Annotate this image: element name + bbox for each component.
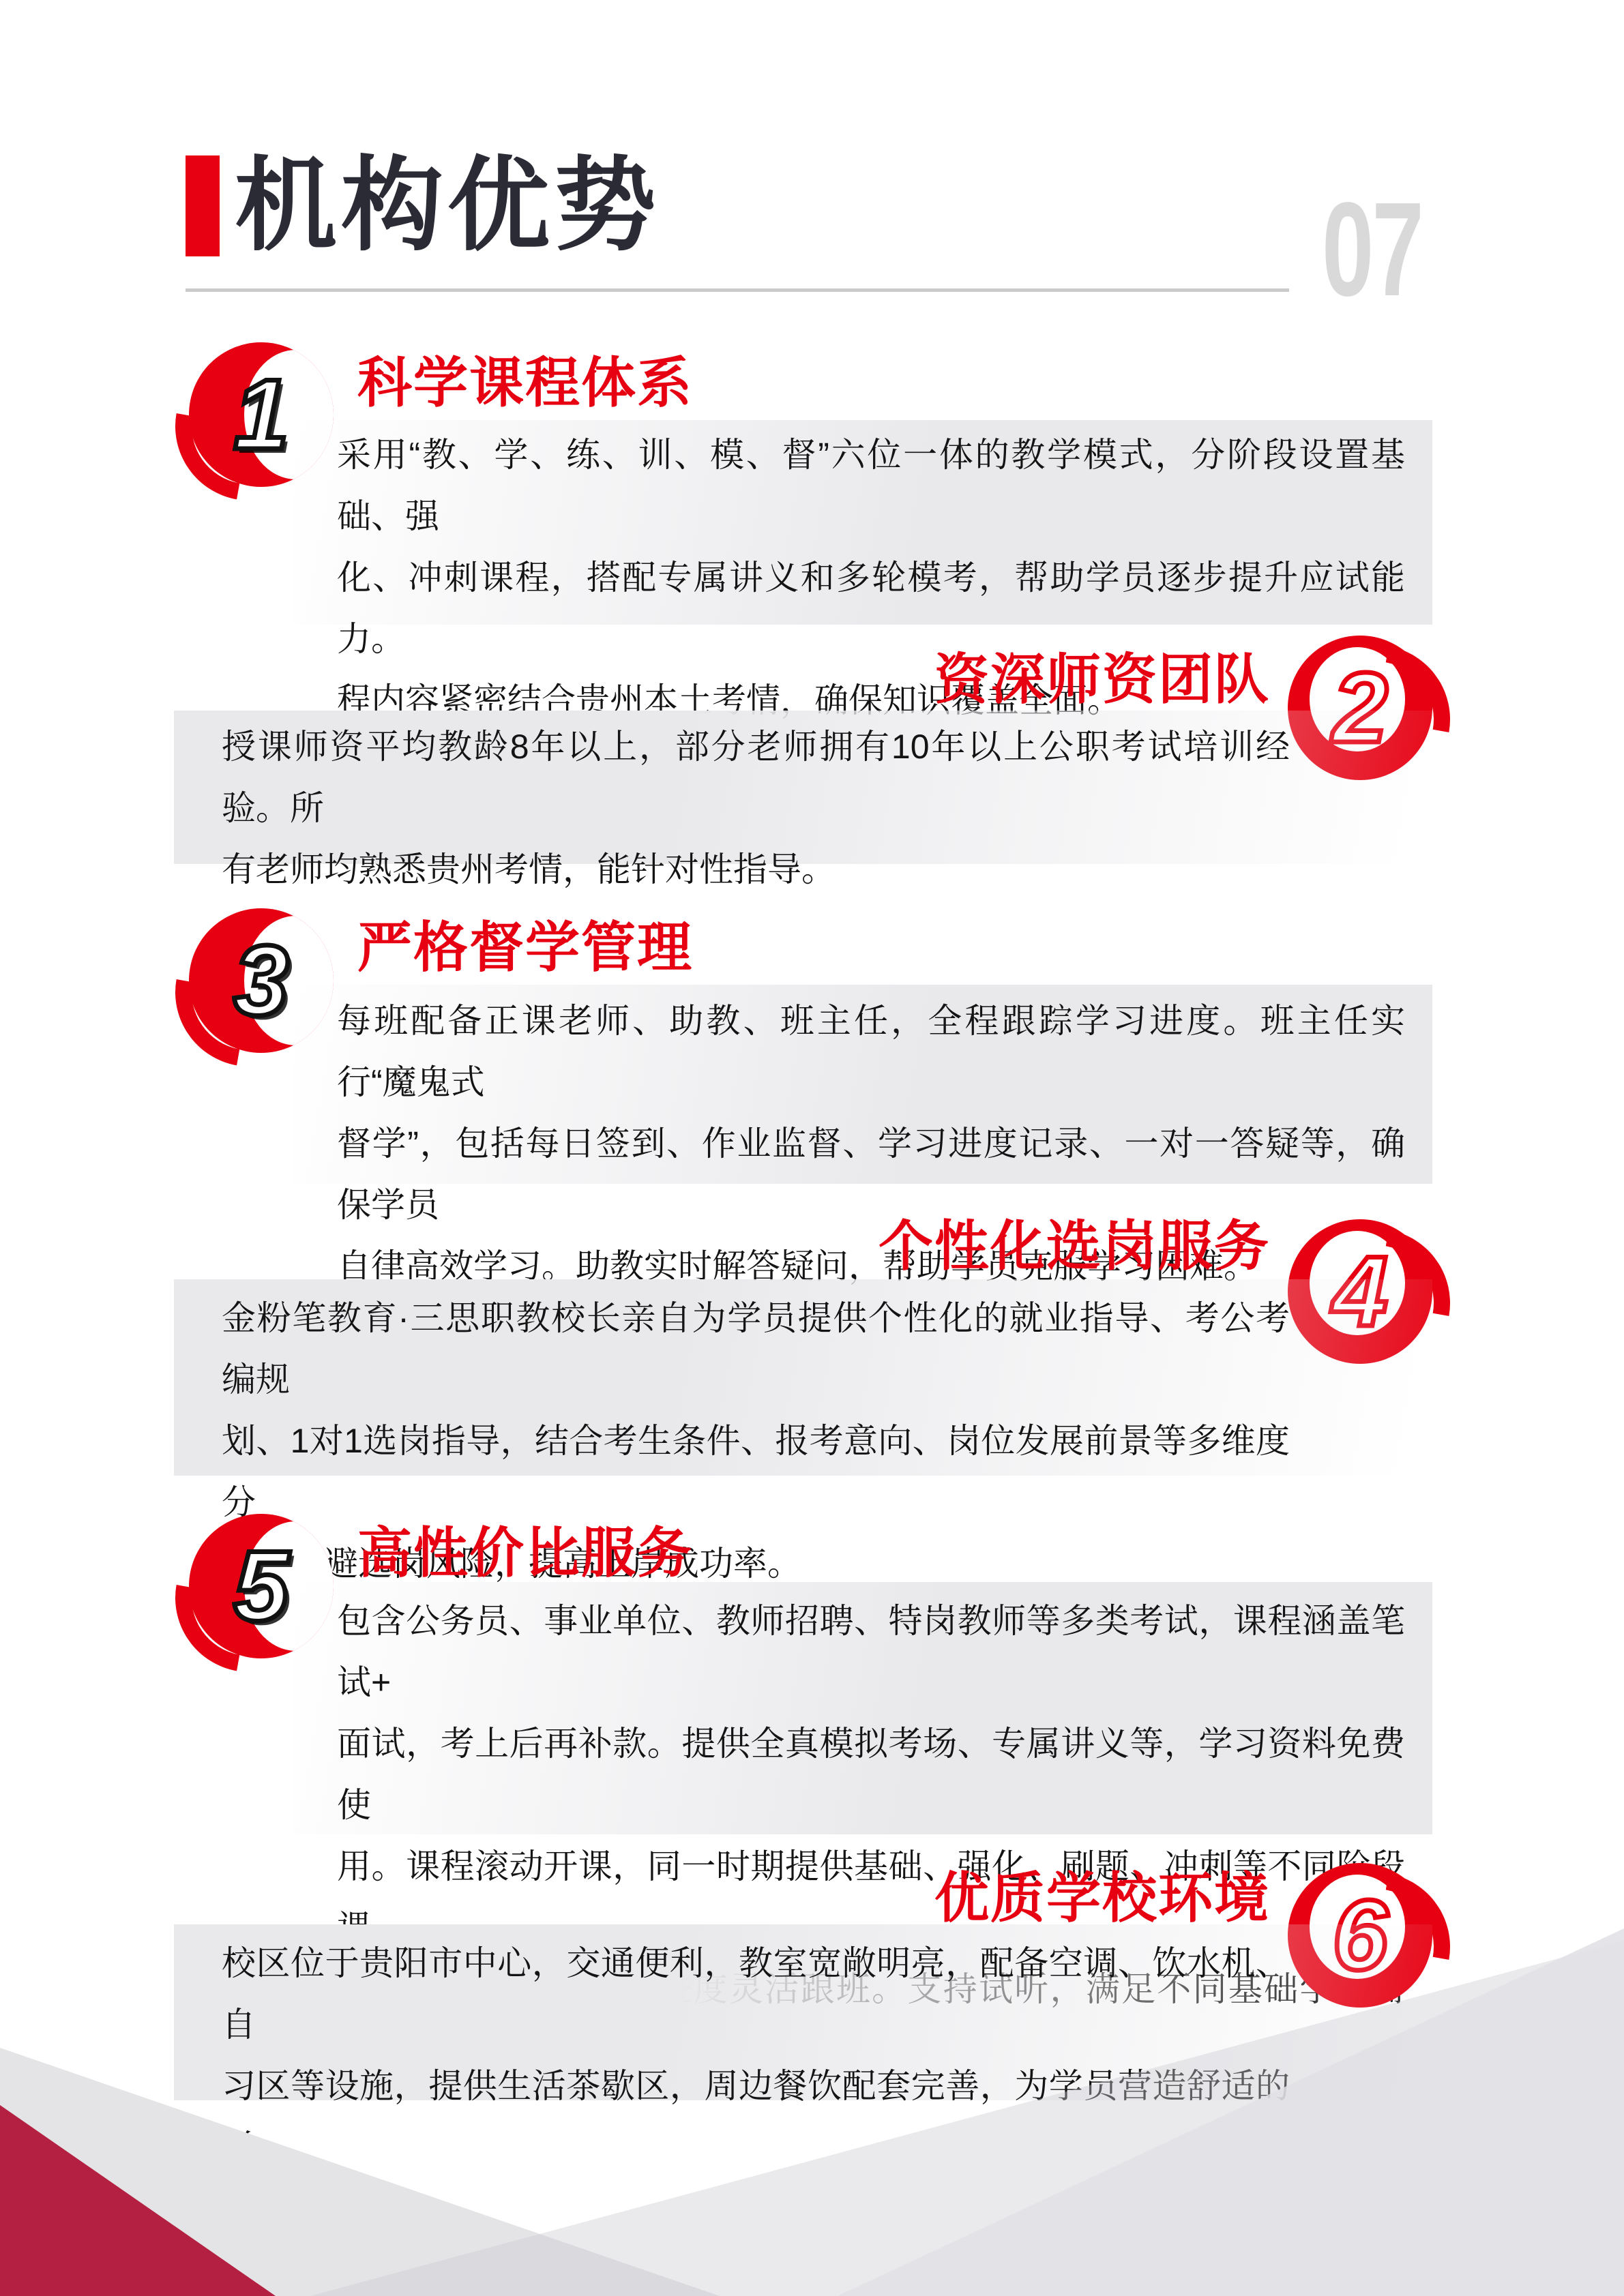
section-2-heading: 资深师资团队: [934, 653, 1270, 707]
section-4-heading: 个性化选岗服务: [879, 1219, 1270, 1274]
section-6-heading: 优质学校环境: [934, 1871, 1270, 1926]
page-number: 07: [1322, 183, 1422, 316]
flyer-page: 机构优势 07 1 科学课程体系 采用“教、学、练、训、模、督”六位一体的教学模…: [0, 0, 1624, 2296]
section-6-body: 校区位于贵阳市中心，交通便利，教室宽敞明亮，配备空调、饮水机、自 习区等设施，提…: [222, 1933, 1290, 2239]
title-accent-bar: [186, 155, 220, 256]
section-1-heading: 科学课程体系: [357, 356, 693, 411]
title-underline: [186, 288, 1289, 292]
section-2-body: 授课师资平均教龄8年以上，部分老师拥有10年以上公职考试培训经验。所 有老师均熟…: [222, 716, 1290, 900]
section-3-heading: 严格督学管理: [357, 921, 693, 975]
page-title: 机构优势: [235, 154, 660, 256]
section-5-heading: 高性价比服务: [357, 1526, 693, 1581]
